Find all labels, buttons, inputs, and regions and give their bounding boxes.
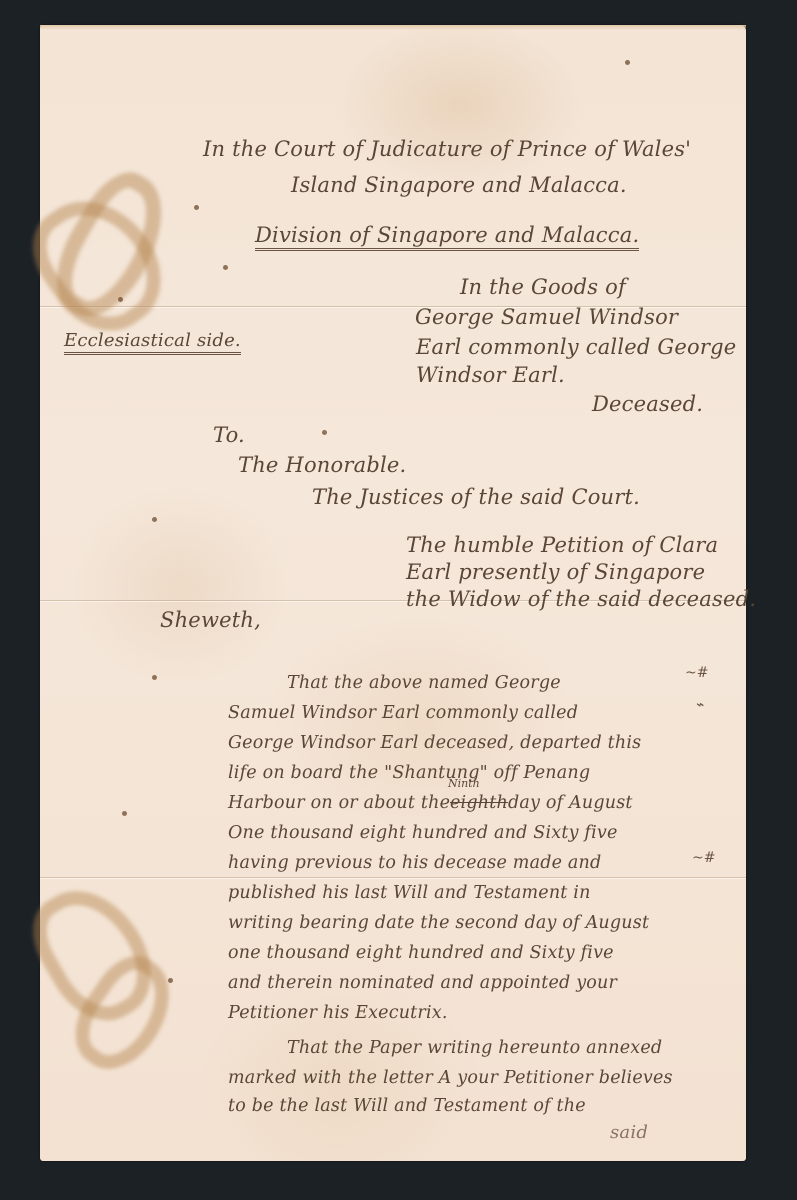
paragraph1-line: Samuel Windsor Earl commonly called [228,698,578,729]
ecclesiastical-side-label: Ecclesiastical side. [64,330,241,355]
matter-line4: Windsor Earl. [416,363,565,387]
paragraph1-line: and therein nominated and appointed your [228,968,617,999]
page-edge [40,25,746,30]
ink-spot [168,978,173,983]
division-heading: Division of Singapore and Malacca. [255,223,639,251]
paragraph1-line: published his last Will and Testament in [228,878,591,909]
paragraph1-line: Harbour on or about the [228,788,450,819]
paragraph1-line: George Windsor Earl deceased, departed t… [228,728,641,759]
ink-spot [223,265,228,270]
matter-line2: George Samuel Windsor [415,305,678,329]
ink-spot [322,430,327,435]
paragraph2-line: That the Paper writing hereunto annexed [287,1033,662,1064]
paragraph1-line: That the above named George [287,668,561,699]
paragraph1-line: having previous to his decease made and [228,848,601,879]
paragraph1-line: day of August [508,788,633,819]
document-page: In the Court of Judicature of Prince of … [40,25,746,1161]
court-heading-line2: Island Singapore and Malacca. [291,173,627,197]
margin-mark: ~# [685,665,708,681]
paragraph1-line: One thousand eight hundred and Sixty fiv… [228,818,618,849]
address-justices: The Justices of the said Court. [312,485,640,509]
ink-spot [118,297,123,302]
sheweth-label: Sheweth, [160,608,261,632]
catchword: said [610,1122,648,1143]
ink-spot [152,675,157,680]
paragraph2-line: to be the last Will and Testament of the [228,1091,586,1122]
deceased-label: Deceased. [592,392,703,416]
matter-line1: In the Goods of [460,275,626,299]
paragraph1-line: writing bearing date the second day of A… [228,908,649,939]
court-heading-line1: In the Court of Judicature of Prince of … [203,137,691,161]
paragraph1-line: life on board the "Shantung" off Penang [228,758,590,789]
petition-intro-line3: the Widow of the said deceased. [406,587,756,611]
matter-line3: Earl commonly called George [416,335,736,359]
paragraph1-line: one thousand eight hundred and Sixty fiv… [228,938,614,969]
ink-spot [122,811,127,816]
margin-mark: ⌁ [695,697,703,713]
petition-intro-line2: Earl presently of Singapore [406,560,705,584]
margin-mark: ~# [692,850,715,866]
ink-spot [625,60,630,65]
struck-word: eighth [450,788,508,819]
paragraph2-line: marked with the letter A your Petitioner… [228,1063,673,1094]
ink-spot [194,205,199,210]
paragraph1-line: Petitioner his Executrix. [228,998,448,1029]
petition-intro-line1: The humble Petition of Clara [406,533,718,557]
address-honorable: The Honorable. [238,453,406,477]
address-to: To. [213,423,245,447]
ink-spot [152,517,157,522]
